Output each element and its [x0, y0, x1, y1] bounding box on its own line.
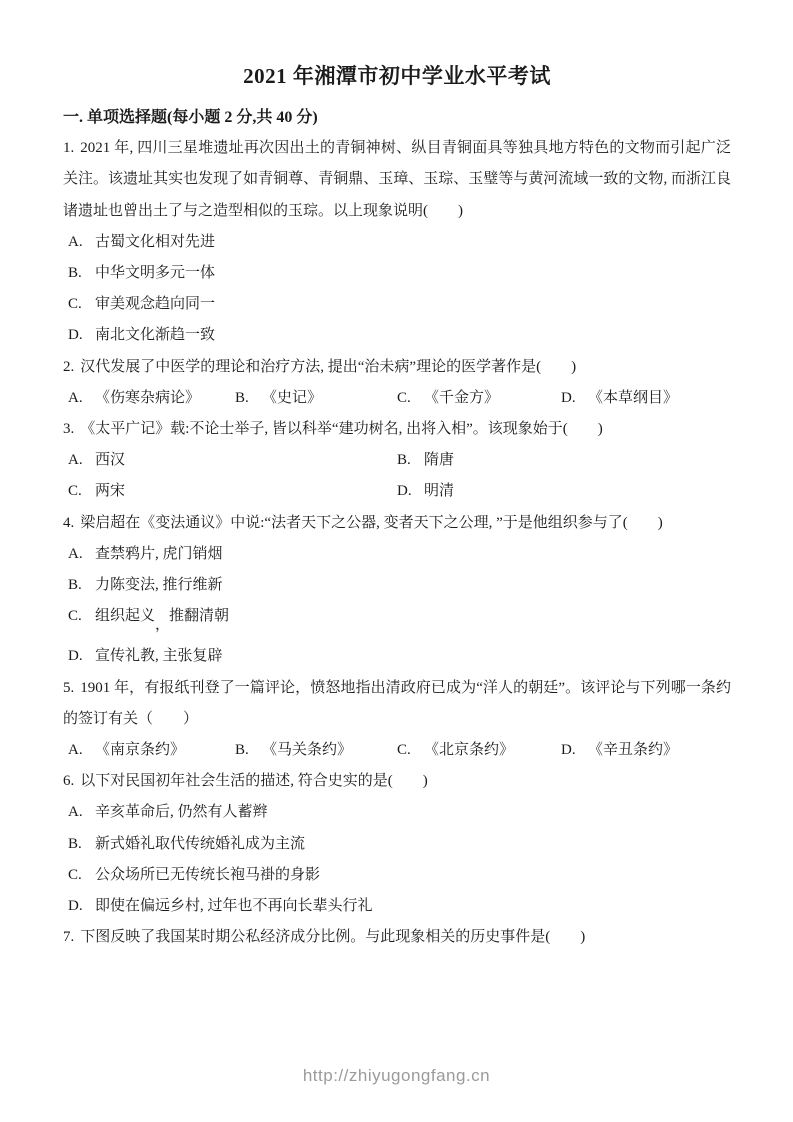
question-6-option-d: D.即使在偏远乡村, 过年也不再向长辈头行礼 [63, 891, 731, 922]
exam-page: 2021 年湘潭市初中学业水平考试 一. 单项选择题(每小题 2 分,共 40 … [0, 0, 793, 1122]
option-d-text: 明清 [424, 483, 454, 499]
option-d-text: 即使在偏远乡村, 过年也不再向长辈头行礼 [95, 898, 373, 914]
question-5-stem-text: 1901 年，有报纸刊登了一篇评论，愤怒地指出清政府已成为“洋人的朝廷”。该评论… [63, 680, 731, 727]
option-d-label: D. [397, 476, 424, 507]
option-b-label: B. [235, 383, 262, 414]
question-6: 6.以下对民国初年社会生活的描述, 符合史实的是( ) A.辛亥革命后, 仍然有… [63, 766, 731, 922]
option-b-label: B. [68, 258, 95, 289]
question-1-stem-text: 2021 年, 四川三星堆遗址再次因出土的青铜神树、纵目青铜面具等独具地方特色的… [63, 140, 731, 218]
section-heading: 一. 单项选择题(每小题 2 分,共 40 分) [63, 102, 731, 133]
question-2: 2.汉代发展了中医学的理论和治疗方法, 提出“治未病”理论的医学著作是( ) A… [63, 352, 731, 414]
question-4-stem: 4.梁启超在《变法通议》中说:“法者天下之公器, 变者天下之公理, ”于是他组织… [63, 508, 731, 539]
question-7-stem: 7.下图反映了我国某时期公私经济成分比例。与此现象相关的历史事件是( ) [63, 922, 731, 953]
question-5-option-d: D.《辛丑条约》 [556, 735, 731, 766]
option-d-text: 《本草纲目》 [588, 390, 678, 406]
option-b-label: B. [235, 735, 262, 766]
option-d-text: 南北文化渐趋一致 [95, 327, 215, 343]
option-a-label: A. [68, 445, 95, 476]
option-c-label: C. [68, 289, 95, 320]
question-1-option-c: C.审美观念趋向同一 [63, 289, 731, 320]
question-6-number: 6. [63, 773, 74, 789]
question-5-number: 5. [63, 680, 74, 696]
question-4-option-d: D.宣传礼教, 主张复辟 [63, 641, 731, 672]
option-d-label: D. [68, 320, 95, 351]
question-1-stem: 1.2021 年, 四川三星堆遗址再次因出土的青铜神树、纵目青铜面具等独具地方特… [63, 133, 731, 227]
question-1: 1.2021 年, 四川三星堆遗址再次因出土的青铜神树、纵目青铜面具等独具地方特… [63, 133, 731, 351]
option-c-label: C. [397, 735, 424, 766]
question-1-option-d: D.南北文化渐趋一致 [63, 320, 731, 351]
question-3-stem-text: 《太平广记》载:不论士举子, 皆以科举“建功树名, 出将入相”。该现象始于( ) [80, 421, 602, 437]
exam-content: 2021 年湘潭市初中学业水平考试 一. 单项选择题(每小题 2 分,共 40 … [63, 62, 731, 953]
question-4-option-c: C.组织起义，推翻清朝 [63, 601, 731, 632]
option-a-label: A. [68, 227, 95, 258]
option-b-text: 中华文明多元一体 [95, 265, 215, 281]
question-5-options: A.《南京条约》 B.《马关条约》 C.《北京条约》 D.《辛丑条约》 [63, 735, 731, 766]
question-3-option-d: D.明清 [392, 476, 731, 507]
question-2-option-a: A.《伤寒杂病论》 [63, 383, 230, 414]
option-b-text: 新式婚礼取代传统婚礼成为主流 [95, 836, 305, 852]
option-a-text: 西汉 [95, 452, 125, 468]
question-4-stem-text: 梁启超在《变法通议》中说:“法者天下之公器, 变者天下之公理, ”于是他组织参与… [80, 515, 662, 531]
option-d-label: D. [561, 383, 588, 414]
option-d-label: D. [68, 641, 95, 672]
option-a-text: 辛亥革命后, 仍然有人蓄辫 [95, 804, 268, 820]
option-a-text: 查禁鸦片, 虎门销烟 [95, 546, 223, 562]
question-6-option-a: A.辛亥革命后, 仍然有人蓄辫 [63, 797, 731, 828]
question-1-option-b: B.中华文明多元一体 [63, 258, 731, 289]
lowered-comma: ， [155, 610, 169, 641]
option-b-text: 隋唐 [424, 452, 454, 468]
question-2-option-c: C.《千金方》 [392, 383, 556, 414]
question-1-option-a: A.古蜀文化相对先进 [63, 227, 731, 258]
watermark-url: http://zhiyugongfang.cn [0, 1066, 793, 1086]
question-7: 7.下图反映了我国某时期公私经济成分比例。与此现象相关的历史事件是( ) [63, 922, 731, 953]
option-d-text: 宣传礼教, 主张复辟 [95, 648, 223, 664]
question-3-option-a: A.西汉 [63, 445, 392, 476]
question-4-option-b: B.力陈变法, 推行维新 [63, 570, 731, 601]
option-b-label: B. [397, 445, 424, 476]
question-2-stem-text: 汉代发展了中医学的理论和治疗方法, 提出“治未病”理论的医学著作是( ) [80, 359, 576, 375]
question-5-option-a: A.《南京条约》 [63, 735, 230, 766]
question-6-stem-text: 以下对民国初年社会生活的描述, 符合史实的是( ) [80, 773, 428, 789]
option-b-text: 《马关条约》 [262, 742, 352, 758]
option-b-text: 《史记》 [262, 390, 322, 406]
option-d-text: 《辛丑条约》 [588, 742, 678, 758]
option-a-label: A. [68, 539, 95, 570]
option-c-text: 《北京条约》 [424, 742, 514, 758]
option-c-label: C. [397, 383, 424, 414]
question-3: 3.《太平广记》载:不论士举子, 皆以科举“建功树名, 出将入相”。该现象始于(… [63, 414, 731, 508]
option-a-text: 《南京条约》 [95, 742, 185, 758]
question-5-stem: 5.1901 年，有报纸刊登了一篇评论，愤怒地指出清政府已成为“洋人的朝廷”。该… [63, 673, 731, 735]
option-d-label: D. [561, 735, 588, 766]
option-c-text: 两宋 [95, 483, 125, 499]
option-a-text: 古蜀文化相对先进 [95, 234, 215, 250]
question-5-option-c: C.《北京条约》 [392, 735, 556, 766]
question-3-option-c: C.两宋 [63, 476, 392, 507]
question-3-options: A.西汉 B.隋唐 C.两宋 D.明清 [63, 445, 731, 507]
question-6-stem: 6.以下对民国初年社会生活的描述, 符合史实的是( ) [63, 766, 731, 797]
question-3-number: 3. [63, 421, 74, 437]
question-6-option-b: B.新式婚礼取代传统婚礼成为主流 [63, 829, 731, 860]
question-1-number: 1. [63, 140, 74, 156]
question-2-stem: 2.汉代发展了中医学的理论和治疗方法, 提出“治未病”理论的医学著作是( ) [63, 352, 731, 383]
option-c-label: C. [68, 601, 95, 632]
option-a-label: A. [68, 735, 95, 766]
question-5-option-b: B.《马关条约》 [230, 735, 392, 766]
option-b-label: B. [68, 829, 95, 860]
question-2-number: 2. [63, 359, 74, 375]
question-7-number: 7. [63, 929, 74, 945]
question-7-stem-text: 下图反映了我国某时期公私经济成分比例。与此现象相关的历史事件是( ) [80, 929, 585, 945]
exam-title: 2021 年湘潭市初中学业水平考试 [63, 62, 731, 90]
option-b-text: 力陈变法, 推行维新 [95, 577, 223, 593]
question-2-option-d: D.《本草纲目》 [556, 383, 731, 414]
question-6-option-c: C.公众场所已无传统长袍马褂的身影 [63, 860, 731, 891]
option-a-label: A. [68, 383, 95, 414]
option-d-label: D. [68, 891, 95, 922]
option-a-label: A. [68, 797, 95, 828]
question-4: 4.梁启超在《变法通议》中说:“法者天下之公器, 变者天下之公理, ”于是他组织… [63, 508, 731, 673]
question-5: 5.1901 年，有报纸刊登了一篇评论，愤怒地指出清政府已成为“洋人的朝廷”。该… [63, 673, 731, 767]
question-2-option-b: B.《史记》 [230, 383, 392, 414]
question-3-stem: 3.《太平广记》载:不论士举子, 皆以科举“建功树名, 出将入相”。该现象始于(… [63, 414, 731, 445]
option-b-label: B. [68, 570, 95, 601]
option-c-text: 公众场所已无传统长袍马褂的身影 [95, 867, 320, 883]
option-c-text-2: 推翻清朝 [169, 608, 229, 624]
question-2-options: A.《伤寒杂病论》 B.《史记》 C.《千金方》 D.《本草纲目》 [63, 383, 731, 414]
option-a-text: 《伤寒杂病论》 [95, 390, 200, 406]
question-4-option-a: A.查禁鸦片, 虎门销烟 [63, 539, 731, 570]
option-c-label: C. [68, 476, 95, 507]
option-c-text: 组织起义 [95, 608, 155, 624]
option-c-text: 《千金方》 [424, 390, 499, 406]
question-3-option-b: B.隋唐 [392, 445, 731, 476]
option-c-text: 审美观念趋向同一 [95, 296, 215, 312]
question-4-number: 4. [63, 515, 74, 531]
option-c-label: C. [68, 860, 95, 891]
